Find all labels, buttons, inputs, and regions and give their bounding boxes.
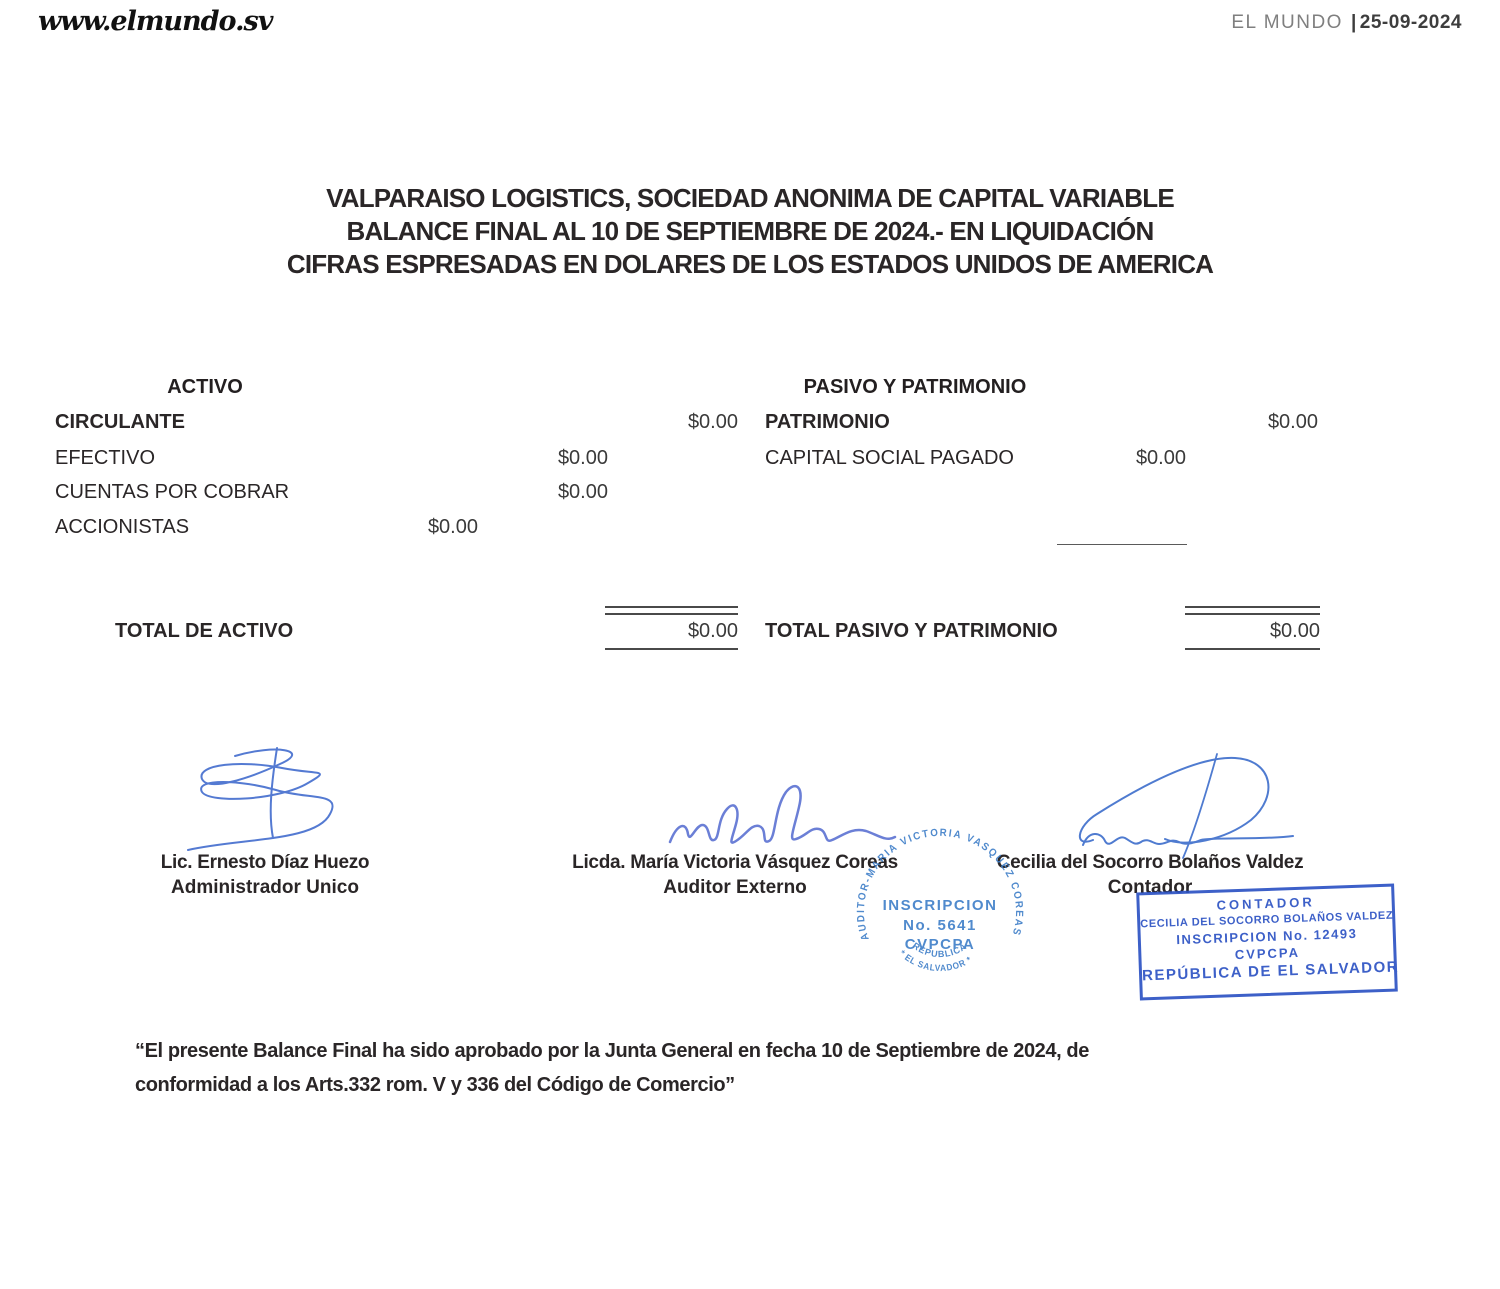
row-label-patrimonio: PATRIMONIO: [765, 411, 890, 434]
pasivo-total-top-rule: [1185, 606, 1320, 615]
row-value-accionistas: $0.00: [368, 516, 478, 539]
approval-note-line-1: “El presente Balance Final ha sido aprob…: [135, 1040, 1235, 1063]
total-pasivo-value: $0.00: [1210, 620, 1320, 643]
row-label-circulante: CIRCULANTE: [55, 411, 185, 434]
total-activo-label: TOTAL DE ACTIVO: [115, 620, 293, 643]
row-value-efectivo: $0.00: [498, 447, 608, 470]
row-value-patrimonio: $0.00: [1208, 411, 1318, 434]
title-line-3: CIFRAS ESPRESADAS EN DOLARES DE LOS ESTA…: [0, 248, 1500, 281]
contador-rect-stamp: CONTADOR CECILIA DEL SOCORRO BOLAÑOS VAL…: [1136, 884, 1398, 1001]
row-value-cuentas-por-cobrar: $0.00: [498, 481, 608, 504]
approval-note-line-2: conformidad a los Arts.332 rom. V y 336 …: [135, 1074, 1235, 1097]
masthead-newspaper: EL MUNDO: [1231, 12, 1343, 33]
total-pasivo-label: TOTAL PASIVO Y PATRIMONIO: [765, 620, 1058, 643]
title-line-2: BALANCE FINAL AL 10 DE SEPTIEMBRE DE 202…: [0, 215, 1500, 248]
site-logo: www.elmundo.sv: [38, 6, 272, 37]
row-label-capital-social-pagado: CAPITAL SOCIAL PAGADO: [765, 447, 1014, 470]
round-stamp-number: No. 5641: [903, 917, 977, 934]
masthead: EL MUNDO|25-09-2024: [1231, 12, 1462, 34]
signatory-role-administrador: Administrador Unico: [140, 877, 390, 899]
auditor-round-stamp-icon: AUDITOR-MARIA VICTORIA VASQUEZ COREAS IN…: [845, 818, 1035, 1008]
pasivo-total-bottom-rule: [1185, 648, 1320, 650]
newspaper-balance-page: www.elmundo.sv EL MUNDO|25-09-2024 VALPA…: [0, 0, 1500, 1289]
activo-total-top-rule: [605, 606, 738, 615]
signature-contador-icon: [1065, 748, 1315, 860]
title-line-1: VALPARAISO LOGISTICS, SOCIEDAD ANONIMA D…: [0, 182, 1500, 215]
total-activo-value: $0.00: [628, 620, 738, 643]
row-label-efectivo: EFECTIVO: [55, 447, 155, 470]
row-label-cuentas-por-cobrar: CUENTAS POR COBRAR: [55, 481, 289, 504]
pasivo-heading: PASIVO Y PATRIMONIO: [765, 376, 1065, 399]
row-value-circulante: $0.00: [628, 411, 738, 434]
row-label-accionistas: ACCIONISTAS: [55, 516, 189, 539]
masthead-date: 25-09-2024: [1360, 12, 1462, 33]
signatory-name-administrador: Lic. Ernesto Díaz Huezo: [140, 852, 390, 874]
signature-administrador-icon: [180, 738, 420, 858]
row-value-capital-social-pagado: $0.00: [1076, 447, 1186, 470]
round-stamp-inscripcion: INSCRIPCION: [883, 897, 998, 914]
pasivo-subtotal-rule: [1057, 544, 1187, 545]
activo-heading: ACTIVO: [55, 376, 355, 399]
masthead-separator: |: [1351, 12, 1358, 33]
activo-total-bottom-rule: [605, 648, 738, 650]
document-title: VALPARAISO LOGISTICS, SOCIEDAD ANONIMA D…: [0, 182, 1500, 281]
